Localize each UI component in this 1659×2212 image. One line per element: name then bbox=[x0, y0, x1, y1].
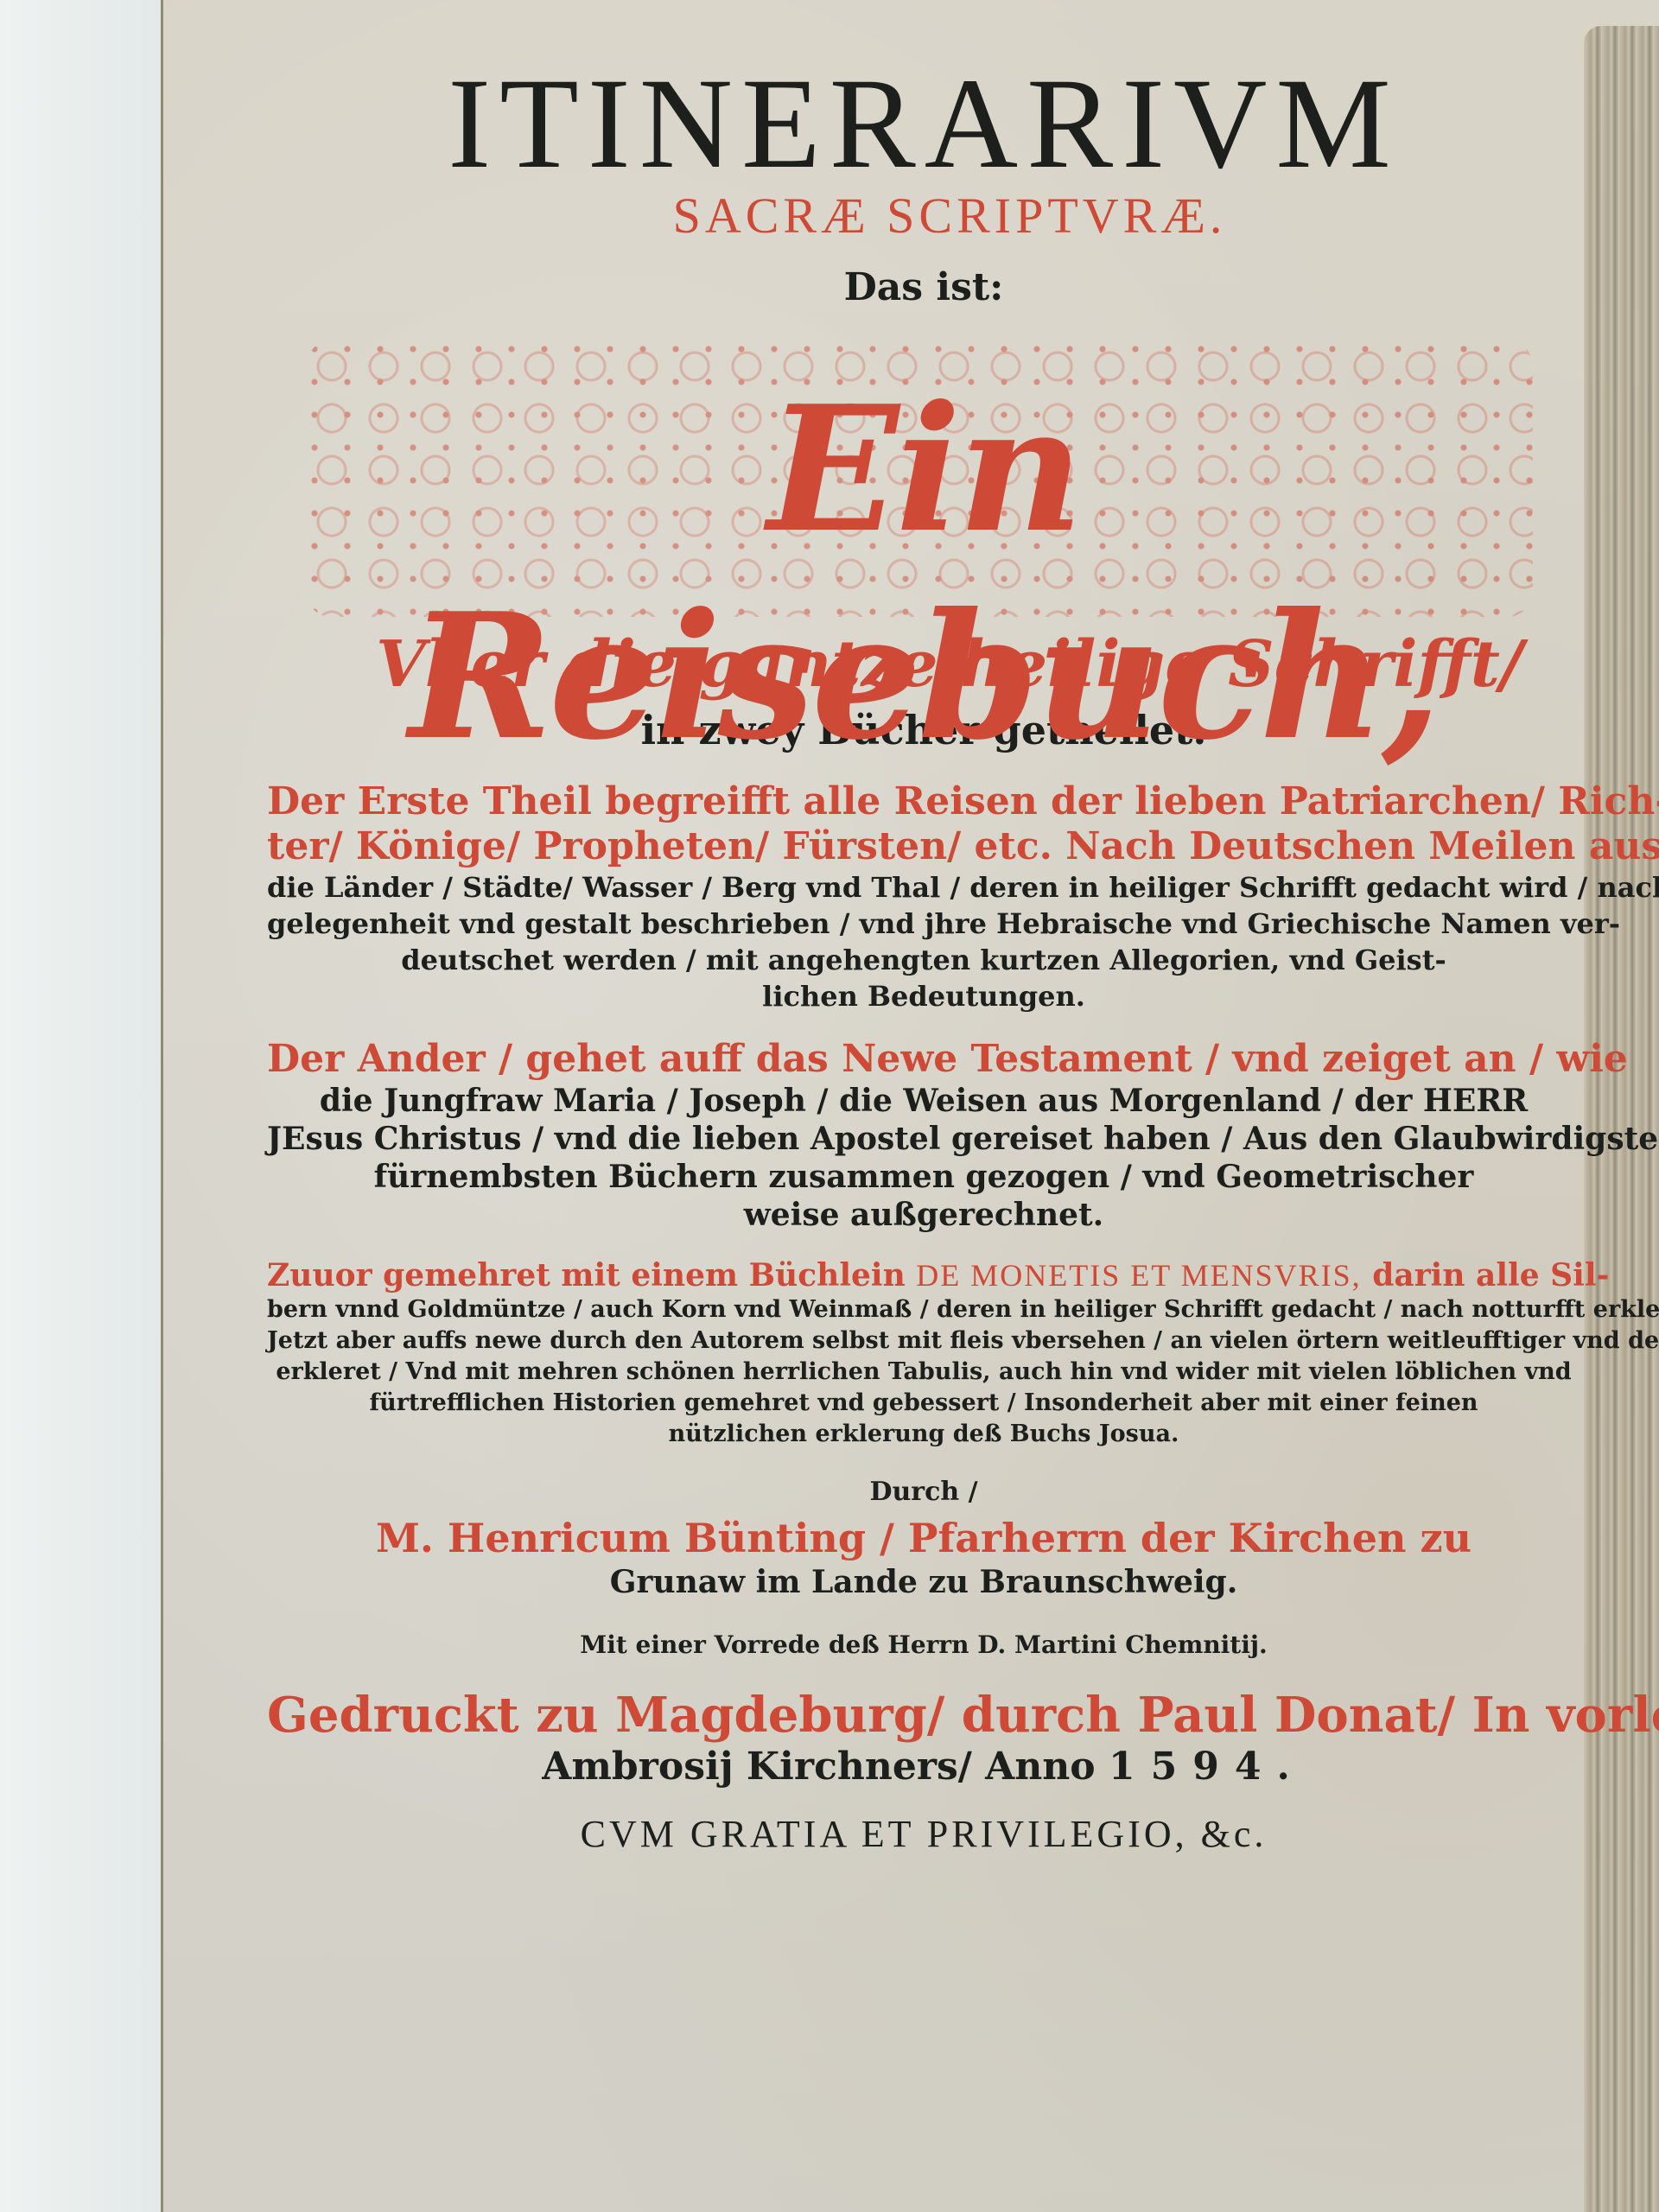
decorative-title: Ein Reisebuch, bbox=[267, 366, 1580, 781]
addendum-latin-title: DE MONETIS ET MENSVRIS, bbox=[916, 1258, 1361, 1293]
addendum-black-line: nützlichen erklerung deß Buchs Josua. bbox=[267, 1419, 1580, 1450]
part-one-red-line: ter/ Könige/ Propheten/ Fürsten/ etc. Na… bbox=[267, 824, 1580, 869]
addendum-black-line: erkleret / Vnd mit mehren schönen herrli… bbox=[267, 1357, 1580, 1388]
addendum-description: Zuuor gemehret mit einem Büchlein DE MON… bbox=[267, 1256, 1580, 1450]
page-edges bbox=[1584, 26, 1659, 2212]
durch-label: Durch / bbox=[267, 1471, 1580, 1514]
imprint-printer: Gedruckt zu Magdeburg/ durch Paul Donat/… bbox=[267, 1687, 1580, 1744]
author-name: M. Henricum Bünting / Pfarherrn der Kirc… bbox=[267, 1514, 1580, 1562]
imprint-publisher: Ambrosij Kirchners/ Anno 1594. bbox=[267, 1744, 1580, 1790]
addendum-black-line: fürtrefflichen Historien gemehret vnd ge… bbox=[267, 1388, 1580, 1419]
addendum-black-line: Jetzt aber auffs newe durch den Autorem … bbox=[267, 1325, 1580, 1357]
title-page-content: ITINERARIVM SACRÆ SCRIPTVRÆ. Das ist: Ei… bbox=[267, 52, 1580, 1873]
part-one-black-line: lichen Bedeutungen. bbox=[267, 978, 1580, 1014]
addendum-red-line: Zuuor gemehret mit einem Büchlein DE MON… bbox=[267, 1256, 1580, 1294]
imprint-publisher-text: Ambrosij Kirchners/ Anno bbox=[542, 1745, 1095, 1789]
addendum-black-line: bern vnnd Goldmüntze / auch Korn vnd Wei… bbox=[267, 1294, 1580, 1325]
part-one-red-line: Der Erste Theil begreifft alle Reisen de… bbox=[267, 779, 1580, 824]
part-two-black-line: weise außgerechnet. bbox=[267, 1196, 1580, 1234]
book-page: ITINERARIVM SACRÆ SCRIPTVRÆ. Das ist: Ei… bbox=[161, 0, 1659, 2212]
imprint-year: 1594. bbox=[1109, 1745, 1306, 1789]
decorative-title-block: Ein Reisebuch, bbox=[267, 332, 1580, 626]
addendum-red-pre: Zuuor gemehret mit einem Büchlein bbox=[267, 1257, 916, 1294]
part-two-description: Der Ander / gehet auff das Newe Testamen… bbox=[267, 1037, 1580, 1234]
part-one-black-line: deutschet werden / mit angehengten kurtz… bbox=[267, 942, 1580, 978]
privilege-line: CVM GRATIA ET PRIVILEGIO, &c. bbox=[267, 1796, 1580, 1873]
author-location: Grunaw im Lande zu Braunschweig. bbox=[267, 1562, 1580, 1602]
part-one-black-line: die Länder / Städte/ Wasser / Berg vnd T… bbox=[267, 869, 1580, 906]
part-one-description: Der Erste Theil begreifft alle Reisen de… bbox=[267, 779, 1580, 1014]
part-one-black-line: gelegenheit vnd gestalt beschrieben / vn… bbox=[267, 906, 1580, 942]
part-two-black-line: JEsus Christus / vnd die lieben Apostel … bbox=[267, 1120, 1580, 1158]
part-two-black-line: die Jungfraw Maria / Joseph / die Weisen… bbox=[267, 1082, 1580, 1120]
background-surface bbox=[0, 0, 164, 2212]
addendum-red-post: darin alle Sil- bbox=[1362, 1257, 1610, 1294]
part-two-red-line: Der Ander / gehet auff das Newe Testamen… bbox=[267, 1037, 1580, 1082]
latin-subtitle: SACRÆ SCRIPTVRÆ. bbox=[319, 188, 1580, 244]
das-ist-label: Das ist: bbox=[267, 249, 1580, 327]
preface-note: Mit einer Vorrede deß Herrn D. Martini C… bbox=[267, 1628, 1580, 1662]
main-title: ITINERARIVM bbox=[267, 59, 1580, 188]
part-two-black-line: fürnembsten Büchern zusammen gezogen / v… bbox=[267, 1158, 1580, 1196]
